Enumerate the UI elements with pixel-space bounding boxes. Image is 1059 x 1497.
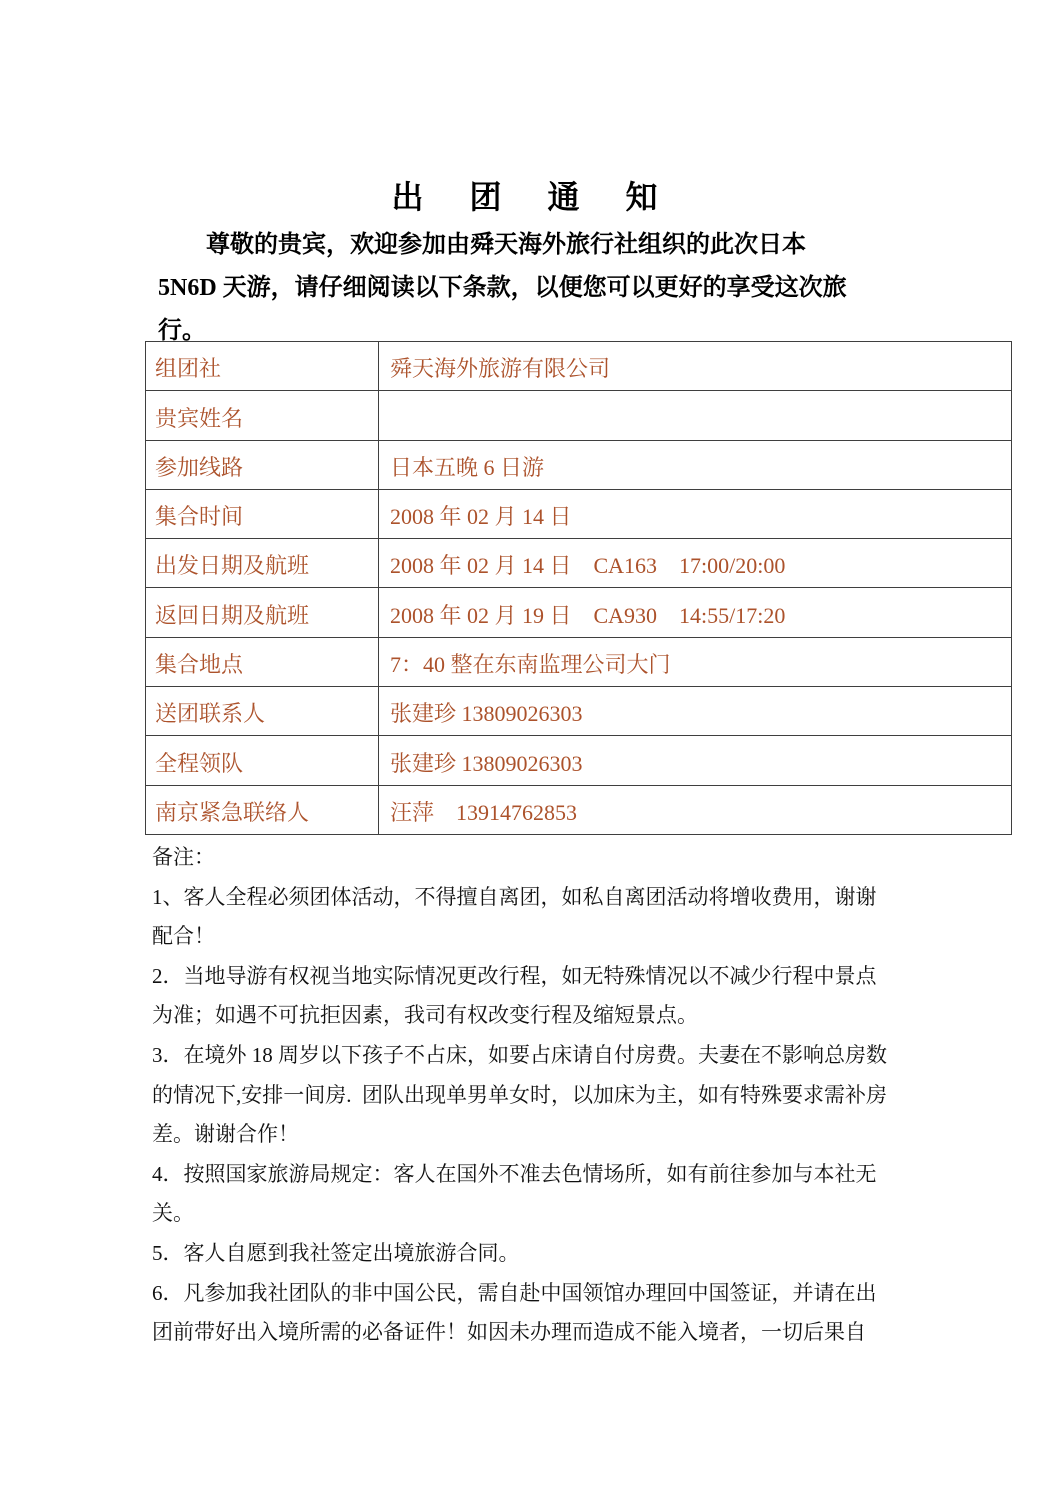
- tour-info-table: 组团社 舜天海外旅游有限公司 贵宾姓名 参加线路 日本五晚 6 日游 集合时间 …: [145, 341, 1012, 835]
- row-label: 贵宾姓名: [146, 391, 379, 440]
- row-label: 参加线路: [146, 440, 379, 489]
- row-value: 7：40 整在东南监理公司大门: [379, 637, 1012, 686]
- intro-paragraph: 尊敬的贵宾，欢迎参加由舜天海外旅行社组织的此次日本 5N6D 天游，请仔细阅读以…: [158, 224, 958, 353]
- remarks-heading: 备注：: [152, 838, 1012, 878]
- row-label: 组团社: [146, 342, 379, 391]
- intro-line: 尊敬的贵宾，欢迎参加由舜天海外旅行社组织的此次日本: [158, 224, 958, 267]
- table-row-assembly-place: 集合地点 7：40 整在东南监理公司大门: [146, 637, 1012, 686]
- remark-line: 2．当地导游有权视当地实际情况更改行程，如无特殊情况以不减少行程中景点: [152, 957, 1012, 997]
- row-label: 集合时间: [146, 489, 379, 538]
- table-row-departure-flight: 出发日期及航班 2008 年 02 月 14 日 CA163 17:00/20:…: [146, 539, 1012, 588]
- row-label: 集合地点: [146, 637, 379, 686]
- table-row-tour-leader: 全程领队 张建珍 13809026303: [146, 736, 1012, 785]
- document-title: 出 团 通 知: [0, 172, 1059, 218]
- remark-line: 为准；如遇不可抗拒因素，我司有权改变行程及缩短景点。: [152, 996, 1012, 1036]
- row-value: 2008 年 02 月 19 日 CA930 14:55/17:20: [379, 588, 1012, 637]
- remark-line: 3．在境外 18 周岁以下孩子不占床，如要占床请自付房费。夫妻在不影响总房数: [152, 1036, 1012, 1076]
- remark-line: 5．客人自愿到我社签定出境旅游合同。: [152, 1234, 1012, 1274]
- remark-line: 关。: [152, 1194, 1012, 1234]
- table-row-emergency-contact: 南京紧急联络人 汪萍 13914762853: [146, 785, 1012, 834]
- table-row-route: 参加线路 日本五晚 6 日游: [146, 440, 1012, 489]
- remarks-section: 备注： 1、客人全程必须团体活动，不得擅自离团，如私自离团活动将增收费用，谢谢 …: [152, 838, 1012, 1353]
- row-value: 舜天海外旅游有限公司: [379, 342, 1012, 391]
- row-value: 汪萍 13914762853: [379, 785, 1012, 834]
- row-label: 出发日期及航班: [146, 539, 379, 588]
- document-page: 出 团 通 知 尊敬的贵宾，欢迎参加由舜天海外旅行社组织的此次日本 5N6D 天…: [0, 0, 1059, 1497]
- row-label: 送团联系人: [146, 687, 379, 736]
- row-value: 日本五晚 6 日游: [379, 440, 1012, 489]
- intro-line: 5N6D 天游，请仔细阅读以下条款，以便您可以更好的享受这次旅: [158, 267, 958, 310]
- row-value: 张建珍 13809026303: [379, 687, 1012, 736]
- row-value: 2008 年 02 月 14 日: [379, 489, 1012, 538]
- row-value: 2008 年 02 月 14 日 CA163 17:00/20:00: [379, 539, 1012, 588]
- remark-line: 配合！: [152, 917, 1012, 957]
- table-row-organizer: 组团社 舜天海外旅游有限公司: [146, 342, 1012, 391]
- row-label: 南京紧急联络人: [146, 785, 379, 834]
- remark-line: 6．凡参加我社团队的非中国公民，需自赴中国领馆办理回中国签证，并请在出: [152, 1274, 1012, 1314]
- table-row-return-flight: 返回日期及航班 2008 年 02 月 19 日 CA930 14:55/17:…: [146, 588, 1012, 637]
- table-row-guest-name: 贵宾姓名: [146, 391, 1012, 440]
- row-value: [379, 391, 1012, 440]
- row-label: 全程领队: [146, 736, 379, 785]
- row-label: 返回日期及航班: [146, 588, 379, 637]
- remark-line: 的情况下,安排一间房. 团队出现单男单女时，以加床为主，如有特殊要求需补房: [152, 1076, 1012, 1116]
- row-value: 张建珍 13809026303: [379, 736, 1012, 785]
- remark-line: 1、客人全程必须团体活动，不得擅自离团，如私自离团活动将增收费用，谢谢: [152, 878, 1012, 918]
- table-row-assembly-time: 集合时间 2008 年 02 月 14 日: [146, 489, 1012, 538]
- table-row-sendoff-contact: 送团联系人 张建珍 13809026303: [146, 687, 1012, 736]
- remark-line: 4．按照国家旅游局规定：客人在国外不准去色情场所，如有前往参加与本社无: [152, 1155, 1012, 1195]
- remark-line: 团前带好出入境所需的必备证件！如因未办理而造成不能入境者，一切后果自: [152, 1313, 1012, 1353]
- remark-line: 差。谢谢合作！: [152, 1115, 1012, 1155]
